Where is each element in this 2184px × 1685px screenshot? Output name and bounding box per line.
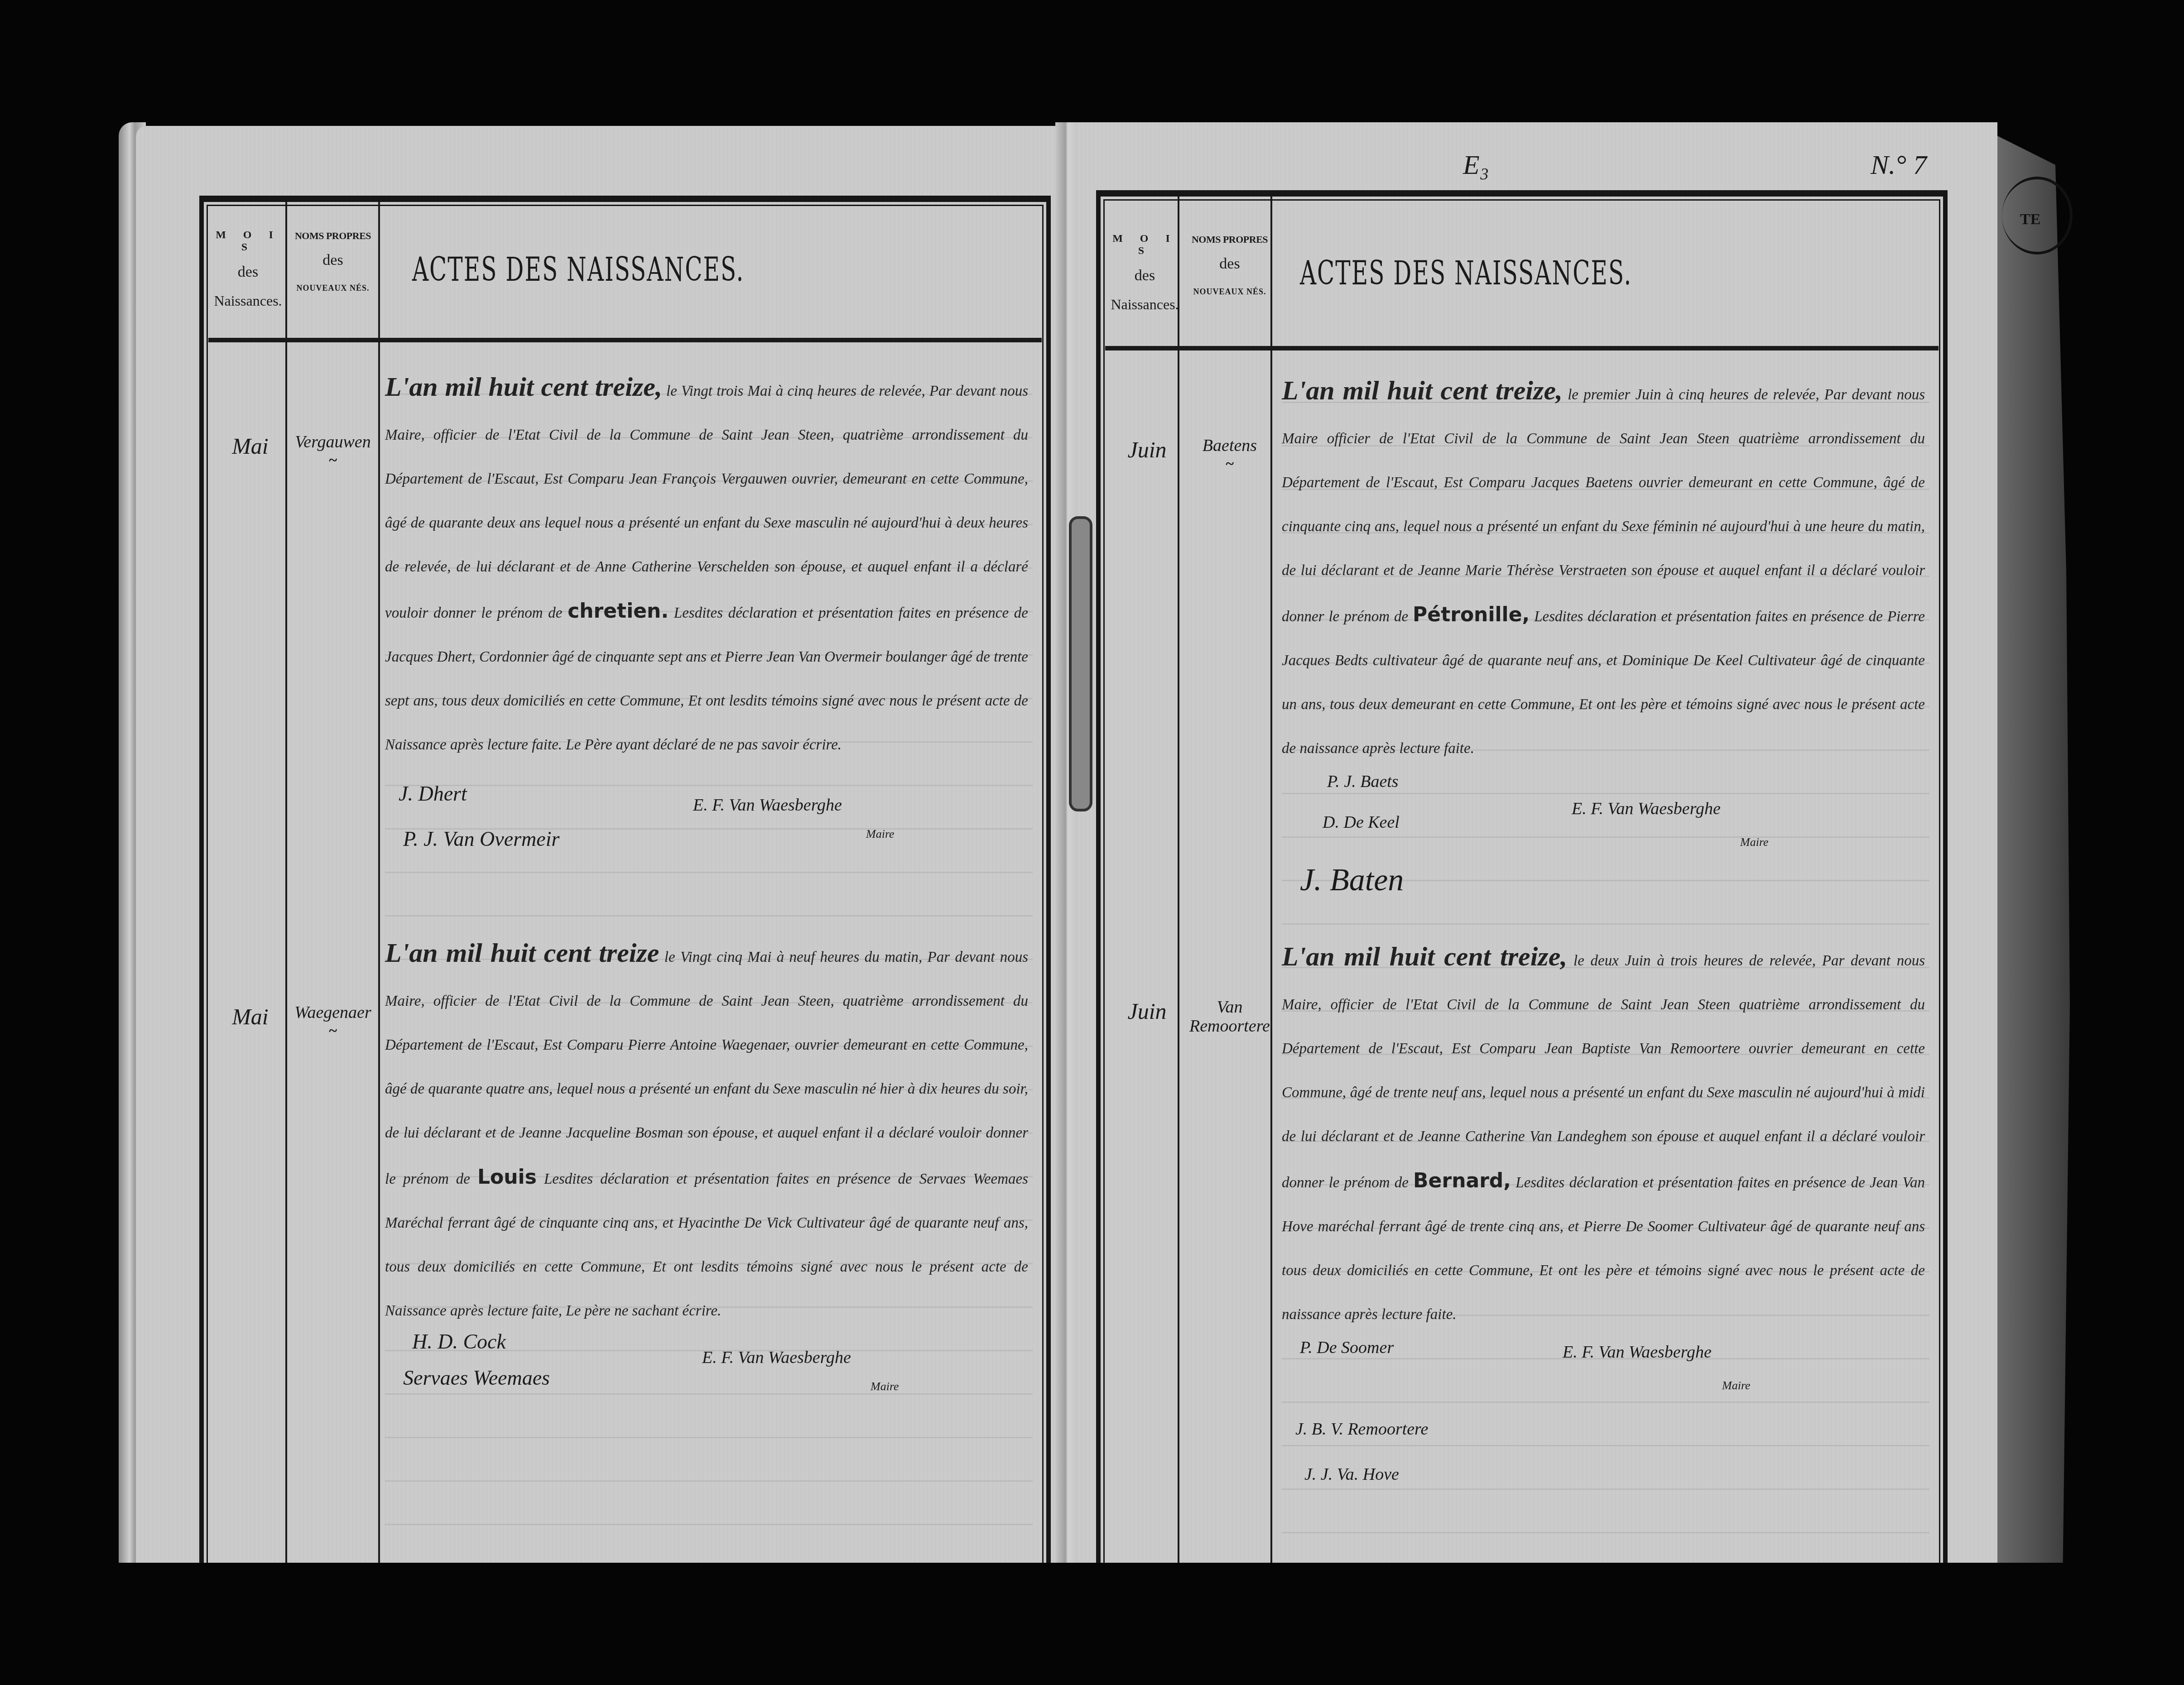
signatures-block: J. Dhert P. J. Van Overmeir E. F. Van Wa… <box>385 782 1028 917</box>
torn-page-edge <box>1997 136 2070 1585</box>
signature: P. De Soomer <box>1300 1338 1394 1358</box>
signature: H. D. Cock <box>412 1330 506 1354</box>
record-surname: Baetens ~ <box>1189 437 1270 472</box>
signatures-block: H. D. Cock Servaes Weemaes E. F. Van Wae… <box>385 1330 1028 1447</box>
record-surname: Waegenaer ~ <box>292 1003 374 1039</box>
record-text: L'an mil huit cent treize, le premier Ju… <box>1282 373 1925 771</box>
record-text: L'an mil huit cent treize le Vingt cinq … <box>385 936 1028 1333</box>
record-text: L'an mil huit cent treize, le Vingt troi… <box>385 370 1028 767</box>
header-names-column: NOMS PROPRES des NOUVEAUX NÉS. <box>1189 215 1270 341</box>
left-register-table: M O I S des Naissances. NOMS PROPRES des… <box>199 196 1051 1610</box>
book-gutter <box>1055 122 1078 1612</box>
signature: J. J. Va. Hove <box>1304 1464 1399 1484</box>
signature: D. De Keel <box>1323 812 1400 832</box>
background-shadow <box>0 1563 2184 1685</box>
record-month: Juin <box>1110 437 1184 463</box>
record-surname: Van Remoortere <box>1189 998 1270 1036</box>
signature: J. B. V. Remoortere <box>1295 1419 1428 1439</box>
record-month: Mai <box>213 1003 288 1030</box>
right-register-table: M O I S des Naissances. NOMS PROPRES des… <box>1096 190 1948 1623</box>
signature-title: Maire <box>1717 1374 1751 1394</box>
page-number: N.° 7 <box>1871 149 1927 181</box>
signature-mayor: E. F. Van Waesberghe <box>702 1348 851 1368</box>
given-name: Bernard, <box>1413 1169 1511 1192</box>
signature-mayor: E. F. Van Waesberghe <box>1563 1342 1712 1362</box>
signature: Servaes Weemaes <box>403 1366 550 1390</box>
signature-mayor: E. F. Van Waesberghe <box>1572 799 1721 819</box>
record-month: Juin <box>1110 998 1184 1024</box>
header-rule <box>1105 346 1939 350</box>
page-title: ACTES DES NAISSANCES. <box>1300 254 1632 292</box>
signature: J. Dhert <box>399 782 467 806</box>
given-name: Louis <box>477 1166 537 1189</box>
header-month-column: M O I S des Naissances. <box>208 211 288 338</box>
record-month: Mai <box>213 433 288 459</box>
signatures-block: P. J. Baets D. De Keel E. F. Van Waesber… <box>1282 772 1925 944</box>
page-initial-mark: E₃ <box>1463 149 1489 181</box>
signature-title: Maire <box>865 1375 899 1395</box>
header-names-column: NOMS PROPRES des NOUVEAUX NÉS. <box>292 211 374 338</box>
signature: P. J. Van Overmeir <box>403 827 559 851</box>
given-name: Pétronille, <box>1413 603 1530 626</box>
header-rule <box>208 338 1042 342</box>
bookmark-ribbon <box>1069 516 1092 811</box>
seal-stamp-icon: TE <box>2002 177 2073 254</box>
given-name: chretien. <box>568 600 669 623</box>
record-text: L'an mil huit cent treize, le deux Juin … <box>1282 939 1925 1337</box>
header-month-column: M O I S des Naissances. <box>1105 215 1184 341</box>
signature-title: Maire <box>861 822 895 842</box>
signature-father: J. Baten <box>1300 862 1404 898</box>
page-title: ACTES DES NAISSANCES. <box>412 250 744 288</box>
signatures-block: P. De Soomer E. F. Van Waesberghe Maire … <box>1282 1329 1925 1519</box>
record-surname: Vergauwen ~ <box>292 433 374 469</box>
signature-title: Maire <box>1735 830 1769 850</box>
signature-mayor: E. F. Van Waesberghe <box>693 795 842 815</box>
signature: P. J. Baets <box>1327 772 1399 792</box>
